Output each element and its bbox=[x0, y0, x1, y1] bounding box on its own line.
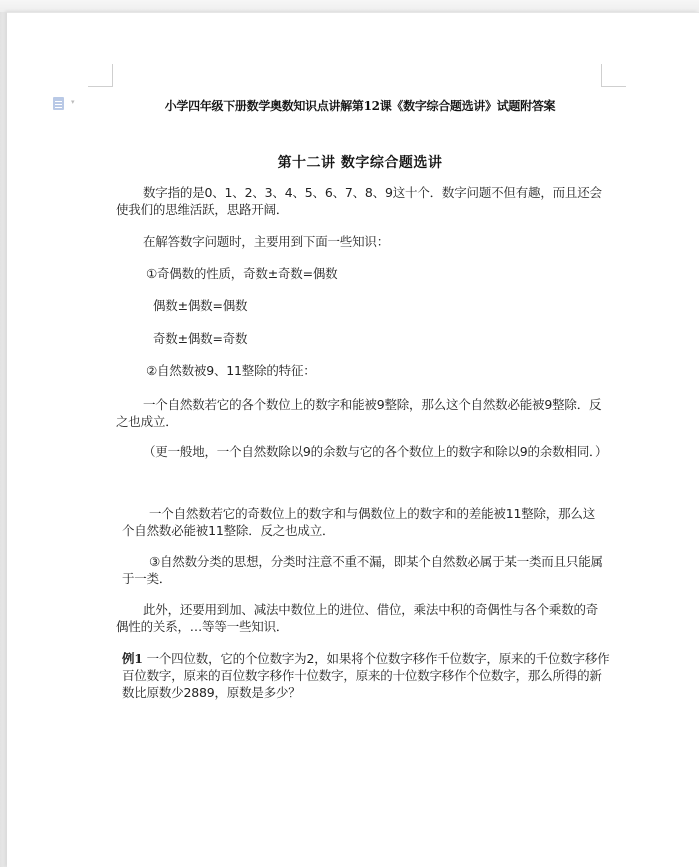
page-left-shadow bbox=[0, 12, 7, 867]
paragraph-classification: ③自然数分类的思想，分类时注意不重不漏，即某个自然数必属于某一类而且只能属于一类… bbox=[122, 553, 610, 587]
chevron-down-icon[interactable]: ▾ bbox=[71, 98, 75, 106]
example-label: 例1 bbox=[122, 651, 143, 666]
paragraph-intro: 数字指的是0、1、2、3、4、5、6、7、8、9这十个．数字问题不但有趣，而且还… bbox=[116, 184, 610, 218]
lesson-title: 第十二讲 数字综合题选讲 bbox=[110, 152, 610, 172]
document-icon[interactable] bbox=[53, 97, 64, 110]
paragraph-parity-2: 偶数±偶数=偶数 bbox=[153, 297, 647, 314]
document-header-title: 小学四年级下册数学奥数知识点讲解第12课《数字综合题选讲》试题附答案 bbox=[110, 97, 610, 114]
paragraph-divisible-by-9: 一个自然数若它的各个数位上的数字和能被9整除，那么这个自然数必能被9整除．反之也… bbox=[116, 396, 610, 430]
example-text: 一个四位数，它的个位数字为2，如果将个位数字移作千位数字，原来的千位数字移作百位… bbox=[122, 651, 609, 700]
paragraph-knowledge-intro: 在解答数字问题时，主要用到下面一些知识： bbox=[116, 233, 610, 250]
paragraph-divisibility-heading: ②自然数被9、11整除的特征： bbox=[146, 362, 640, 379]
margin-corner-mark-top-right bbox=[601, 64, 626, 87]
document-page bbox=[7, 12, 699, 867]
paragraph-remainder-9: （更一般地，一个自然数除以9的余数与它的各个数位上的数字和除以9的余数相同．） bbox=[116, 443, 610, 460]
paragraph-parity-3: 奇数±偶数=奇数 bbox=[153, 330, 647, 347]
paragraph-parity-1: ①奇偶数的性质，奇数±奇数=偶数 bbox=[146, 265, 640, 282]
margin-corner-mark-top-left bbox=[88, 64, 113, 87]
example-1: 例1 一个四位数，它的个位数字为2，如果将个位数字移作千位数字，原来的千位数字移… bbox=[122, 650, 610, 701]
paragraph-divisible-by-11: 一个自然数若它的奇数位上的数字和与偶数位上的数字和的差能被11整除，那么这个自然… bbox=[122, 505, 602, 539]
paragraph-other-knowledge: 此外，还要用到加、减法中数位上的进位、借位，乘法中积的奇偶性与各个乘数的奇偶性的… bbox=[116, 601, 610, 635]
